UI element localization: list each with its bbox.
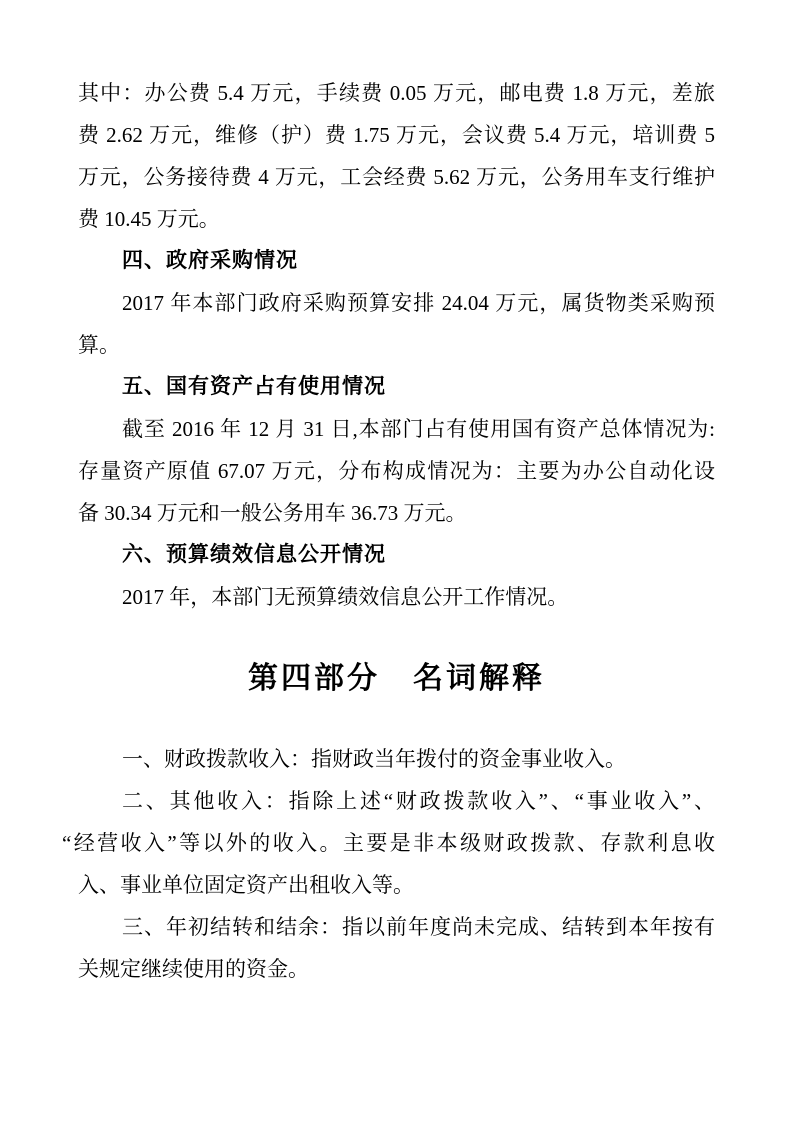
definition-2-line: 入、事业单位固定资产出租收入等。	[78, 864, 715, 906]
document-content: 其中：办公费 5.4 万元，手续费 0.05 万元，邮电费 1.8 万元，差旅 …	[78, 72, 715, 990]
section-4-heading: 四、政府采购情况	[78, 240, 715, 282]
expense-detail-line: 万元，公务接待费 4 万元，工会经费 5.62 万元，公务用车支行维护	[78, 156, 715, 198]
section-5-paragraph-line: 备 30.34 万元和一般公务用车 36.73 万元。	[78, 492, 715, 534]
section-4-paragraph-line: 算。	[78, 324, 715, 366]
section-6-paragraph-line: 2017 年，本部门无预算绩效信息公开工作情况。	[78, 576, 715, 618]
definition-1-line: 一、财政拨款收入：指财政当年拨付的资金事业收入。	[78, 738, 715, 780]
section-5-paragraph-line: 存量资产原值 67.07 万元，分布构成情况为：主要为办公自动化设	[78, 450, 715, 492]
part-4-title: 第四部分 名词解释	[78, 658, 715, 700]
section-4-paragraph-line: 2017 年本部门政府采购预算安排 24.04 万元，属货物类采购预	[78, 282, 715, 324]
definition-3-line: 三、年初结转和结余：指以前年度尚未完成、结转到本年按有	[78, 906, 715, 948]
expense-detail-line: 费 2.62 万元，维修（护）费 1.75 万元，会议费 5.4 万元，培训费 …	[78, 114, 715, 156]
expense-detail-line: 其中：办公费 5.4 万元，手续费 0.05 万元，邮电费 1.8 万元，差旅	[78, 72, 715, 114]
definition-2-line: “经营收入”等以外的收入。主要是非本级财政拨款、存款利息收	[62, 822, 715, 864]
expense-detail-line: 费 10.45 万元。	[78, 198, 715, 240]
section-6-heading: 六、预算绩效信息公开情况	[78, 534, 715, 576]
document-page: 其中：办公费 5.4 万元，手续费 0.05 万元，邮电费 1.8 万元，差旅 …	[0, 0, 793, 1122]
section-5-paragraph-line: 截至 2016 年 12 月 31 日,本部门占有使用国有资产总体情况为:	[78, 408, 715, 450]
definition-2-line: 二、其他收入：指除上述“财政拨款收入”、“事业收入”、	[78, 780, 715, 822]
section-5-heading: 五、国有资产占有使用情况	[78, 366, 715, 408]
definition-3-line: 关规定继续使用的资金。	[78, 948, 715, 990]
